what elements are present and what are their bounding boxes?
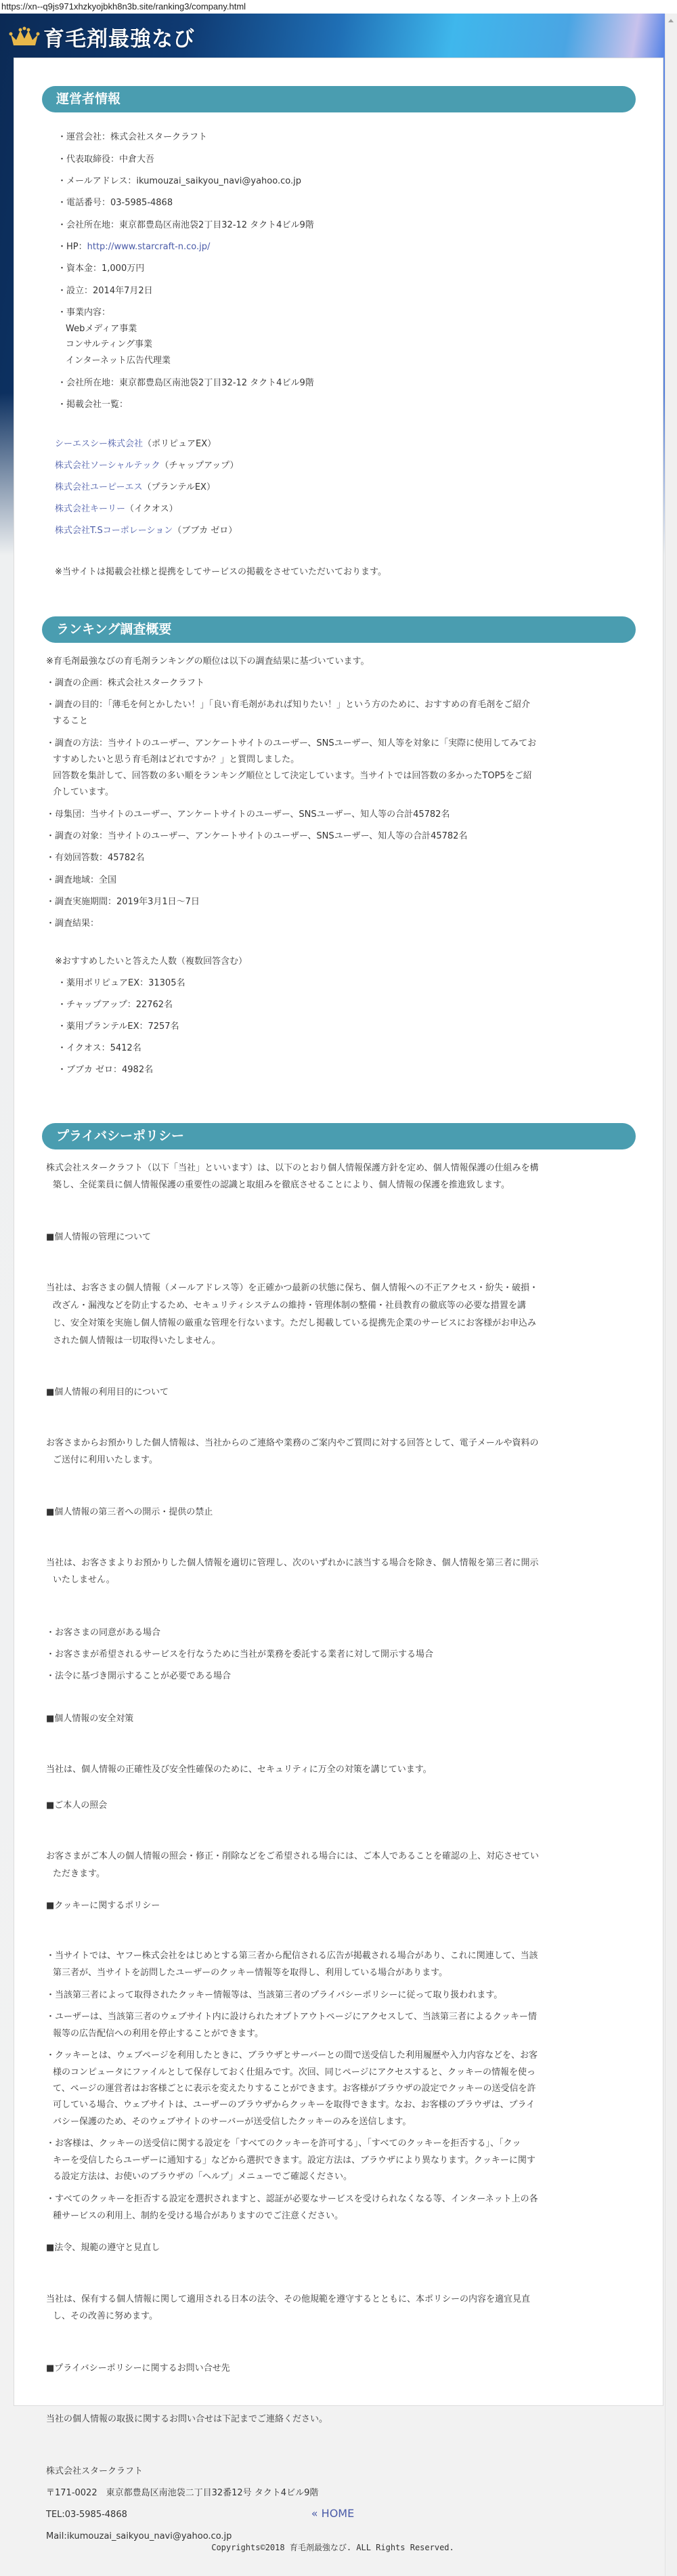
cookie-line: て、ページの運営者はお客様ごとに表示を変えたりすることができます。お客様がブラウ… (53, 2080, 536, 2097)
section-title-survey: ランキング調査概要 (42, 616, 636, 643)
partner-product: （チャップアップ） (160, 461, 238, 471)
operator-ceo: ・代表取締役：中倉大吾 (58, 151, 154, 168)
privacy-manage: された個人情報は一切取得いたしません。 (53, 1332, 221, 1349)
privacy-manage: 当社は、お客さまの個人情報（メールアドレス等）を正確かつ最新の状態に保ち、個人情… (46, 1280, 538, 1296)
cookie-line: ・お客様は、クッキーの送受信に関する設定を「すべてのクッキーを許可する」、「すべ… (46, 2135, 521, 2152)
survey-method-cont: 介しています。 (53, 784, 114, 801)
survey-result-item: ・薬用プランテルEX：7257名 (58, 1018, 179, 1035)
hp-label: ・HP： (58, 242, 87, 252)
privacy-inquiry: お客さまがご本人の個人情報の照会・修正・削除などをご希望される場合には、ご本人で… (46, 1848, 539, 1865)
survey-result-item: ・チャップアップ：22762名 (58, 996, 173, 1013)
survey-method-cont: 回答数を集計して、回答数の多い順をランキング順位として決定しています。当サイトで… (53, 767, 532, 784)
cookie-line: ・当サイトでは、ヤフー株式会社をはじめとする第三者から配信される広告が掲載される… (46, 1947, 538, 1964)
partner-item: 株式会社ユーピーエス（プランテルEX） (55, 479, 215, 496)
privacy-intro-cont: 築し、全従業員に個人情報保護の重要性の認識と取組みを徹底させることにより、個人情… (53, 1177, 510, 1194)
survey-result-label: ・調査結果： (46, 915, 99, 932)
cookie-line: る設定方法は、お使いのブラウザの「ヘルプ」メニューでご確認ください。 (53, 2168, 352, 2185)
survey-result-item: ・イクオス：5412名 (58, 1040, 141, 1057)
cookie-line: 可している場合、ウェブサイトは、ユーザーのブラウザからクッキーを取得できます。な… (53, 2096, 535, 2113)
survey-result-item: ・薬用ポリピュアEX：31305名 (58, 975, 185, 992)
operator-company: ・運営会社：株式会社スタークラフト (58, 129, 207, 146)
survey-result-item: ・ブブカ ゼロ：4982名 (58, 1061, 153, 1078)
privacy-heading-cookie: ■クッキーに関するポリシー (46, 1897, 160, 1914)
privacy-inquiry: ただきます。 (53, 1865, 105, 1882)
cookie-line: バシー保護のため、そのウェブサイトのサーバーが送受信したクッキーのみを送信します… (53, 2113, 411, 2130)
operator-address-2: ・会社所在地：東京都豊島区南池袋2丁目32-12 タクト4ビル9階 (58, 375, 314, 392)
section-title-privacy: プライバシーポリシー (42, 1123, 636, 1149)
partner-product: （ポリピュアEX） (143, 439, 216, 449)
privacy-heading-third: ■個人情報の第三者への開示・提供の禁止 (46, 1504, 213, 1521)
privacy-heading-purpose: ■個人情報の利用目的について (46, 1384, 169, 1401)
privacy-third-case: ・法令に基づき開示することが必要である場合 (46, 1668, 231, 1685)
privacy-third: 当社は、お客さまよりお預かりした個人情報を適切に管理し、次のいずれかに該当する場… (46, 1555, 538, 1571)
cookie-line: ・クッキーとは、ウェブページを利用したときに、ブラウザとサーバーとの間で送受信し… (46, 2047, 538, 2064)
privacy-heading-inquiry: ■ご本人の照会 (46, 1797, 107, 1814)
cookie-line: キーを受信したらユーザーに通知する」などから選択できます。設定方法は、ブラウザに… (53, 2152, 536, 2169)
operator-phone: ・電話番号：03-5985-4868 (58, 194, 173, 211)
privacy-intro: 株式会社スタークラフト（以下「当社」といいます）は、以下のとおり個人情報保護方針… (46, 1160, 538, 1177)
business-item: コンサルティング事業 (66, 336, 152, 353)
site-logo[interactable]: 育毛剤最強なび (8, 22, 195, 52)
business-item: インターネット広告代理業 (66, 352, 171, 369)
contact-address: 〒171-0022 東京都豊島区南池袋二丁目32番12号 タクト4ビル9階 (46, 2485, 318, 2501)
partner-link[interactable]: シーエスシー株式会社 (55, 439, 143, 449)
partner-product: （イクオス） (125, 504, 178, 514)
partner-link[interactable]: 株式会社ユーピーエス (55, 482, 142, 492)
privacy-contact-intro: 当社の個人情報の取扱に関するお問い合せは下記までご連絡ください。 (46, 2411, 328, 2428)
survey-purpose: ・調査の目的：「薄毛を何とかしたい！」「良い育毛剤があれば知りたい！」という方の… (46, 696, 530, 713)
privacy-purpose: お客さまからお預かりした個人情報は、当社からのご連絡や業務のご案内やご質問に対す… (46, 1435, 538, 1452)
survey-period: ・調査実施期間：2019年3月1日～7日 (46, 893, 200, 910)
copyright: Copyrights©2018 育毛剤最強なび. ALL Rights Rese… (0, 2541, 665, 2553)
survey-population: ・母集団：当サイトのユーザー、アンケートサイトのユーザー、SNSユーザー、知人等… (46, 806, 450, 823)
privacy-manage: 改ざん・漏洩などを防止するため、セキュリティシステムの維持・管理体制の整備・社員… (53, 1297, 526, 1314)
survey-method-cont: すすめしたいと思う育毛剤はどれですか？」と質問しました。 (53, 751, 299, 768)
privacy-third: いたしません。 (53, 1571, 115, 1588)
site-title: 育毛剤最強なび (43, 22, 195, 52)
survey-result-note: ※おすすめしたいと答えた人数（複数回答含む） (55, 953, 247, 970)
content-card: 運営者情報 ・運営会社：株式会社スタークラフト ・代表取締役：中倉大吾 ・メール… (14, 58, 663, 2406)
cookie-line: 様のコンピュータにファイルとして保存しておく仕組みです。次回、同じページにアクセ… (53, 2064, 536, 2081)
cookie-line: 第三者が、当サイトを訪問したユーザーのクッキー情報等を取得し、利用している場合が… (53, 1964, 447, 1981)
business-item: Webメディア事業 (66, 320, 137, 337)
crown-icon (8, 26, 41, 48)
operator-partners-label: ・掲載会社一覧： (58, 396, 128, 413)
scroll-up-arrow-icon[interactable] (668, 19, 674, 22)
operator-email: ・メールアドレス：ikumouzai_saikyou_navi@yahoo.co… (58, 173, 301, 190)
cookie-line: ・すべてのクッキーを拒否する設定を選択されますと、認証が必要なサービスを受けられ… (46, 2191, 538, 2208)
url-bar[interactable]: https://xn--q9js971xhzkyojbkh8n3b.site/r… (0, 0, 677, 14)
operator-founded: ・設立：2014年7月2日 (58, 282, 153, 299)
operator-address: ・会社所在地：東京都豊島区南池袋2丁目32-12 タクト4ビル9階 (58, 217, 314, 234)
survey-purpose-cont: すること (53, 713, 88, 730)
privacy-law: し、その改善に努めます。 (53, 2308, 158, 2325)
partner-item: シーエスシー株式会社（ポリピュアEX） (55, 436, 216, 452)
privacy-purpose: ご送付に利用いたします。 (53, 1452, 158, 1469)
operator-business-label: ・事業内容： (58, 304, 110, 321)
partner-item: 株式会社キーリー（イクオス） (55, 501, 178, 518)
partner-item: 株式会社T.Sコーポレーション（ブブカ ゼロ） (55, 522, 237, 539)
partner-link[interactable]: 株式会社T.Sコーポレーション (55, 526, 173, 536)
partner-link[interactable]: 株式会社ソーシャルテック (55, 461, 160, 471)
cookie-line: ・当該第三者によって取得されたクッキー情報等は、当該第三者のプライバシーポリシー… (46, 1987, 502, 2004)
privacy-heading-law: ■法令、規範の遵守と見直し (46, 2239, 160, 2256)
survey-intro: ※育毛剤最強なびの育毛剤ランキングの順位は以下の調査結果に基づいています。 (46, 653, 369, 670)
privacy-law: 当社は、保有する個人情報に関して適用される日本の法令、その他規範を遵守するととも… (46, 2291, 530, 2308)
survey-planner: ・調査の企画：株式会社スタークラフト (46, 675, 204, 692)
cookie-line: 報等の広告配信への利用を停止することができます。 (53, 2025, 263, 2042)
privacy-heading-contact: ■プライバシーポリシーに関するお問い合せ先 (46, 2360, 230, 2377)
cookie-line: ・ユーザーは、当該第三者のウェブサイト内に設けられたオプトアウトページにアクセス… (46, 2008, 537, 2025)
partner-product: （プランテルEX） (142, 482, 215, 492)
operator-capital: ・資本金：1,000万円 (58, 260, 144, 277)
hp-link[interactable]: http://www.starcraft-n.co.jp/ (87, 242, 211, 252)
privacy-third-case: ・お客さまが希望されるサービスを行なうために当社が業務を委託する業者に対して開示… (46, 1646, 433, 1663)
survey-method: ・調査の方法：当サイトのユーザー、アンケートサイトのユーザー、SNSユーザー、知… (46, 735, 536, 752)
privacy-manage: じ、安全対策を実施し個人情報の厳重な管理を行ないます。ただし掲載している提携先企… (53, 1315, 536, 1332)
operator-note: ※当サイトは掲載会社様と提携をしてサービスの掲載をさせていただいております。 (55, 564, 387, 580)
home-link[interactable]: « HOME (0, 2507, 665, 2520)
survey-region: ・調査地域：全国 (46, 872, 116, 889)
privacy-heading-safety: ■個人情報の安全対策 (46, 1710, 133, 1727)
page-viewport: 育毛剤最強なび 運営者情報 ・運営会社：株式会社スタークラフト ・代表取締役：中… (0, 14, 665, 2576)
privacy-safety: 当社は、個人情報の正確性及び安全性確保のために、セキュリティに万全の対策を講じて… (46, 1761, 432, 1778)
vertical-scrollbar[interactable] (665, 14, 677, 2576)
contact-company: 株式会社スタークラフト (46, 2463, 143, 2480)
section-title-operator: 運営者情報 (42, 86, 636, 112)
partner-item: 株式会社ソーシャルテック（チャップアップ） (55, 457, 238, 474)
survey-target: ・調査の対象：当サイトのユーザー、アンケートサイトのユーザー、SNSユーザー、知… (46, 828, 467, 845)
partner-product: （ブブカ ゼロ） (173, 526, 237, 536)
privacy-third-case: ・お客さまの同意がある場合 (46, 1624, 160, 1641)
privacy-heading-manage: ■個人情報の管理について (46, 1229, 151, 1246)
survey-valid: ・有効回答数：45782名 (46, 849, 144, 866)
partner-link[interactable]: 株式会社キーリー (55, 504, 125, 514)
cookie-line: 種サービスの利用上、制約を受ける場合がありますのでご注意ください。 (53, 2208, 343, 2224)
operator-hp: ・HP：http://www.starcraft-n.co.jp/ (58, 238, 210, 255)
